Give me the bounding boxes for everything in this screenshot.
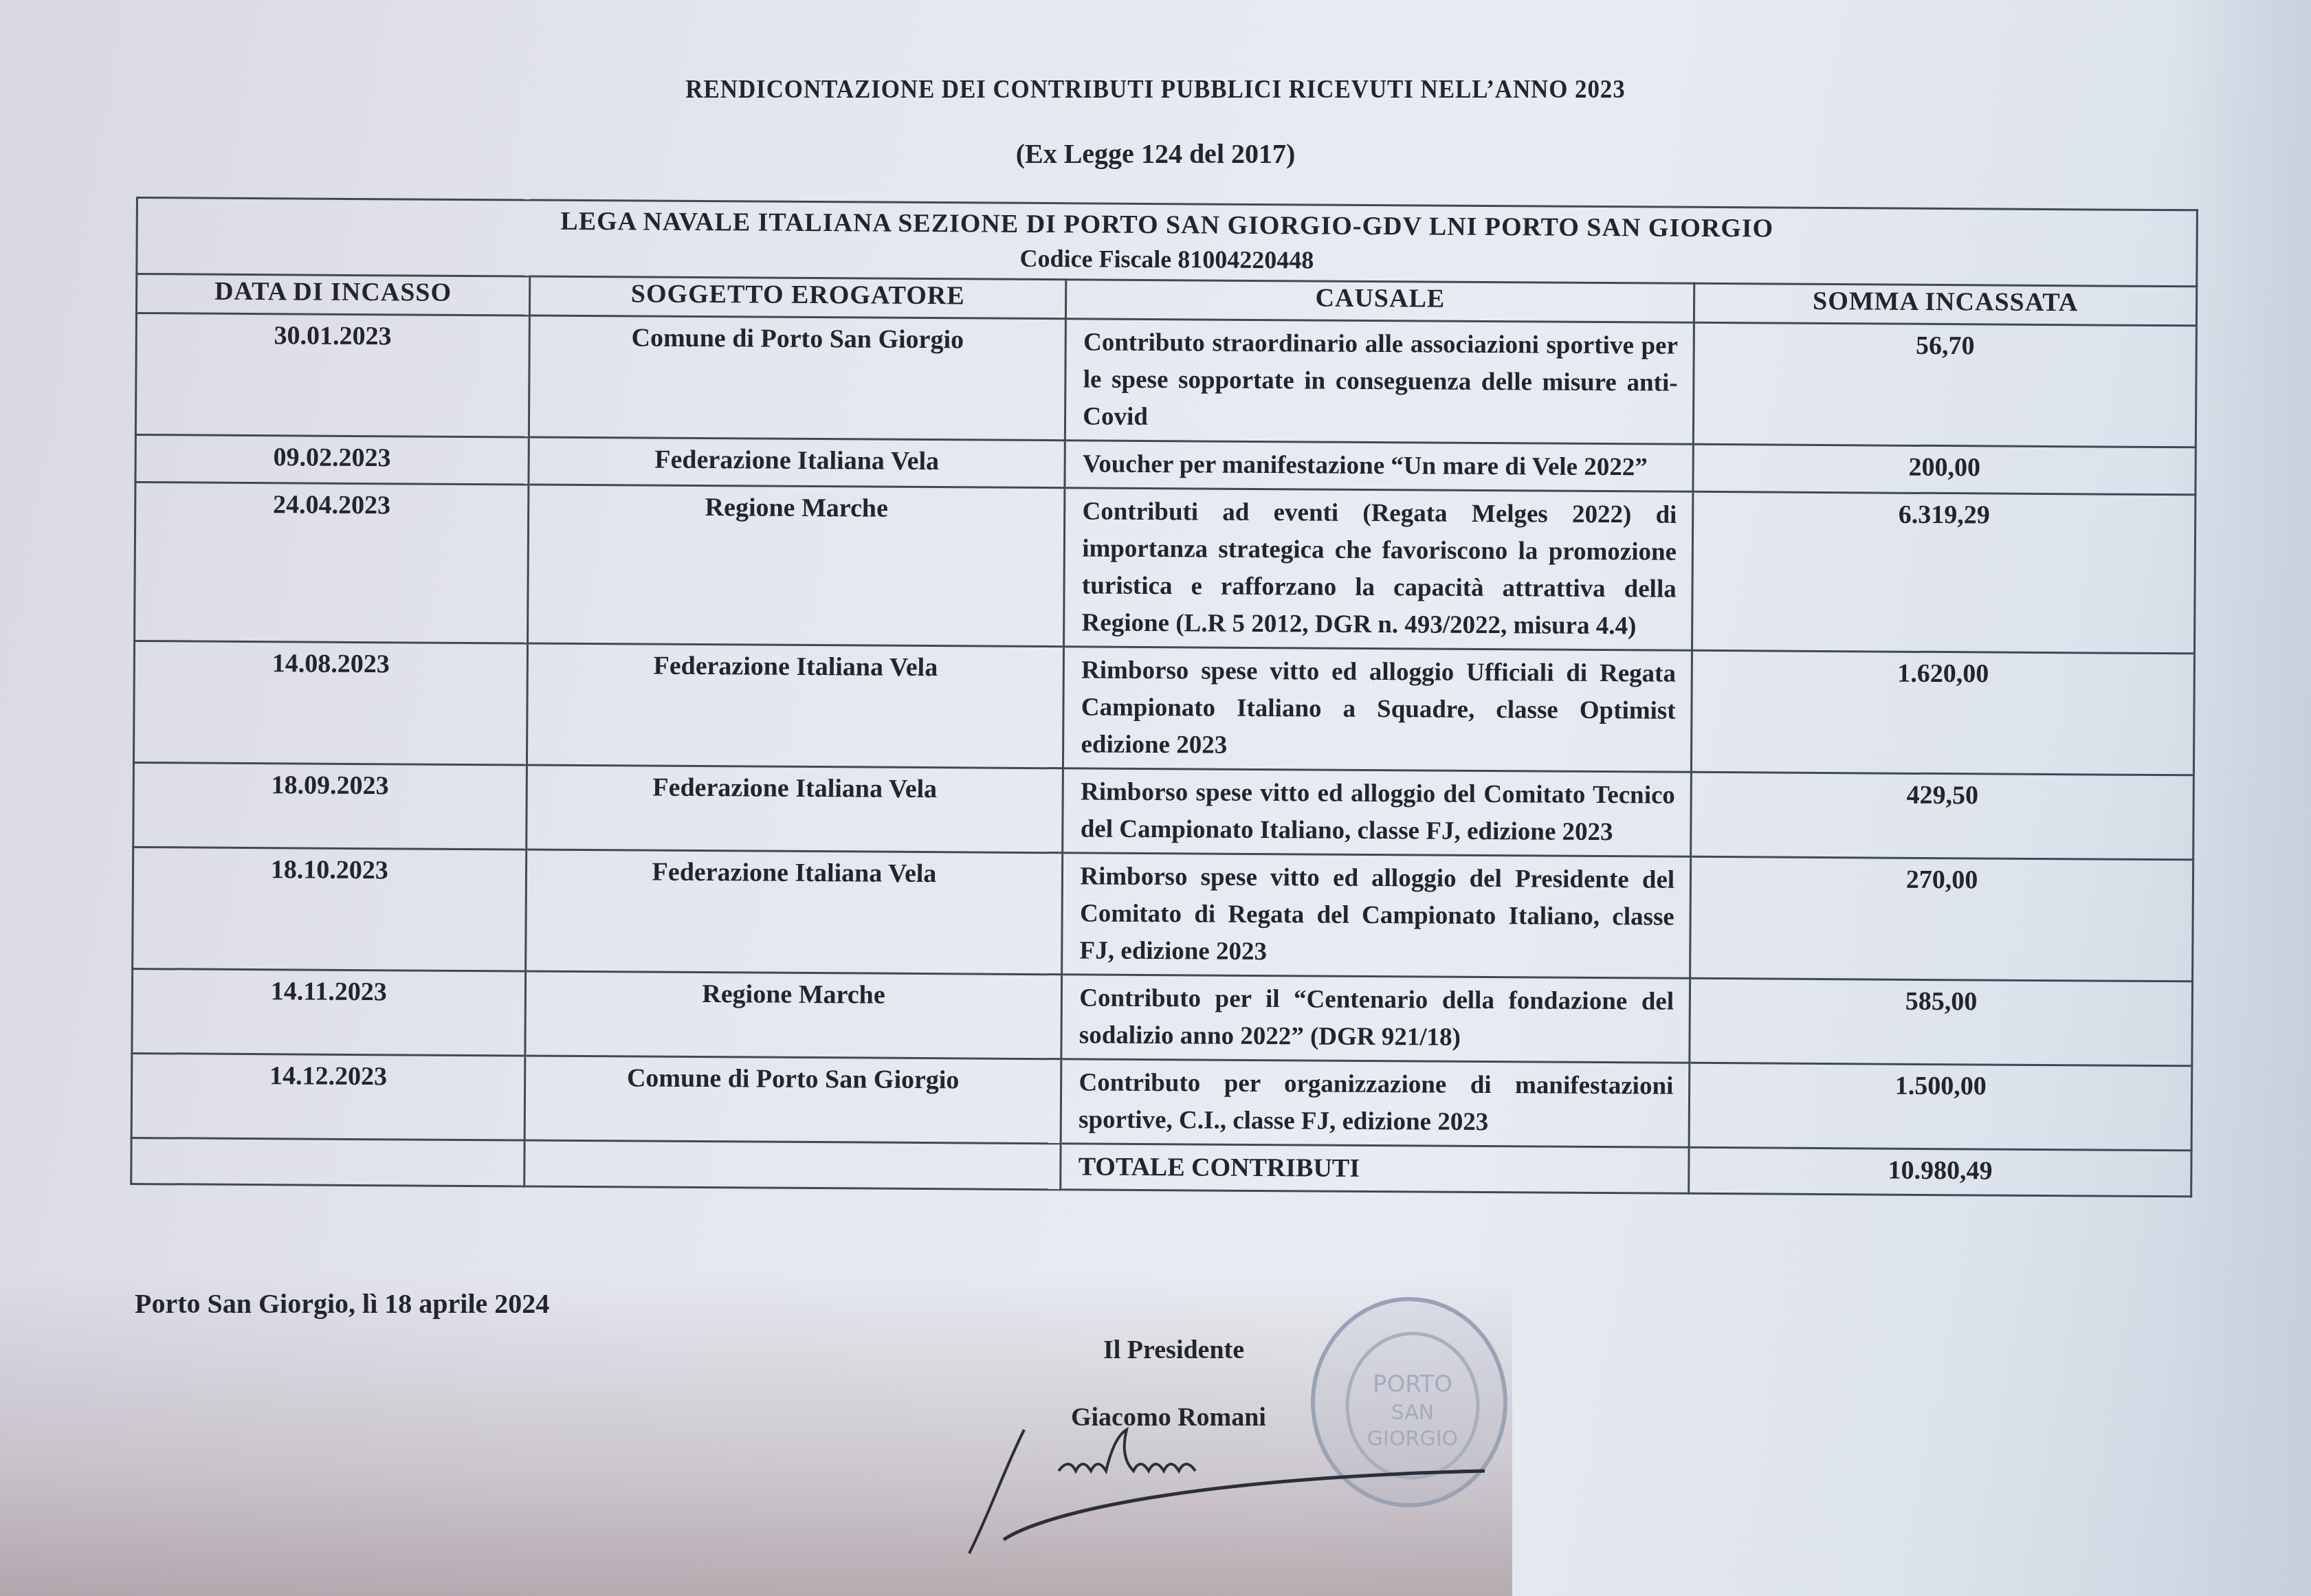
cell-date: 14.08.2023 [133, 641, 527, 764]
cell-causale: Voucher per manifestazione “Un mare di V… [1065, 441, 1693, 492]
contributions-table: LEGA NAVALE ITALIANA SEZIONE DI PORTO SA… [130, 197, 2198, 1197]
cell-causale: Rimborso spese vitto ed alloggio del Com… [1063, 768, 1692, 857]
cell-date: 14.11.2023 [132, 968, 525, 1055]
cell-causale: Rimborso spese vitto ed alloggio Ufficia… [1063, 647, 1692, 773]
table-row: 14.08.2023 Federazione Italiana Vela Rim… [133, 641, 2194, 775]
cell-amount: 429,50 [1691, 772, 2194, 859]
cell-causale: Contributo per organizzazione di manifes… [1061, 1059, 1690, 1148]
column-header-amount: SOMMA INCASSATA [1694, 283, 2197, 325]
cell-causale: Rimborso spese vitto ed alloggio del Pre… [1062, 853, 1691, 979]
cell-source: Federazione Italiana Vela [525, 850, 1063, 975]
cell-causale: Contributi ad eventi (Regata Melges 2022… [1064, 488, 1693, 651]
total-amount: 10.980,49 [1689, 1147, 2191, 1196]
cell-amount: 200,00 [1693, 444, 2196, 494]
cell-amount: 6.319,29 [1692, 491, 2196, 653]
table-row: 14.12.2023 Comune di Porto San Giorgio C… [131, 1053, 2192, 1150]
column-header-date: DATA DI INCASSO [136, 274, 529, 315]
table-row: 30.01.2023 Comune di Porto San Giorgio C… [135, 313, 2196, 447]
cell-source: Regione Marche [527, 485, 1065, 647]
table-row: 14.11.2023 Regione Marche Contributo per… [132, 968, 2193, 1065]
column-header-causale: CAUSALE [1066, 280, 1694, 323]
cell-source: Regione Marche [525, 971, 1062, 1059]
svg-text:PORTO: PORTO [1373, 1371, 1452, 1398]
column-header-source: SOGGETTO EROGATORE [529, 276, 1066, 319]
handwritten-signature-icon [921, 1409, 1540, 1574]
total-label: TOTALE CONTRIBUTI [1061, 1144, 1689, 1194]
total-empty-date [131, 1138, 524, 1186]
cell-amount: 585,00 [1690, 978, 2193, 1065]
cell-source: Comune di Porto San Giorgio [524, 1056, 1061, 1144]
cell-source: Comune di Porto San Giorgio [529, 315, 1066, 441]
table-row: 24.04.2023 Regione Marche Contributi ad … [135, 483, 2196, 654]
signer-title: Il Presidente [1103, 1335, 1244, 1365]
document-title: RENDICONTAZIONE DEI CONTRIBUTI PUBBLICI … [92, 74, 2218, 104]
document-subtitle: (Ex Legge 124 del 2017) [0, 137, 2311, 170]
cell-amount: 56,70 [1694, 322, 2197, 447]
total-empty-source [524, 1140, 1061, 1190]
cell-amount: 270,00 [1690, 856, 2193, 981]
cell-amount: 1.620,00 [1692, 650, 2195, 775]
cell-date: 14.12.2023 [131, 1053, 524, 1140]
cell-source: Federazione Italiana Vela [527, 643, 1064, 768]
cell-amount: 1.500,00 [1689, 1063, 2192, 1150]
organization-header-row: LEGA NAVALE ITALIANA SEZIONE DI PORTO SA… [137, 198, 2198, 287]
cell-causale: Contributo per il “Centenario della fond… [1061, 975, 1690, 1063]
organization-cell: LEGA NAVALE ITALIANA SEZIONE DI PORTO SA… [137, 198, 2198, 287]
cell-date: 09.02.2023 [135, 435, 529, 485]
table-row: 18.10.2023 Federazione Italiana Vela Rim… [133, 847, 2193, 981]
cell-causale: Contributo straordinario alle associazio… [1065, 319, 1694, 445]
cell-date: 18.10.2023 [133, 847, 527, 971]
cell-date: 18.09.2023 [133, 762, 527, 849]
cell-source: Federazione Italiana Vela [529, 437, 1065, 488]
cell-source: Federazione Italiana Vela [526, 765, 1063, 853]
place-and-date: Porto San Giorgio, lì 18 aprile 2024 [135, 1287, 549, 1320]
cell-date: 24.04.2023 [135, 483, 529, 643]
cell-date: 30.01.2023 [135, 313, 529, 437]
table-row: 18.09.2023 Federazione Italiana Vela Rim… [133, 762, 2194, 859]
